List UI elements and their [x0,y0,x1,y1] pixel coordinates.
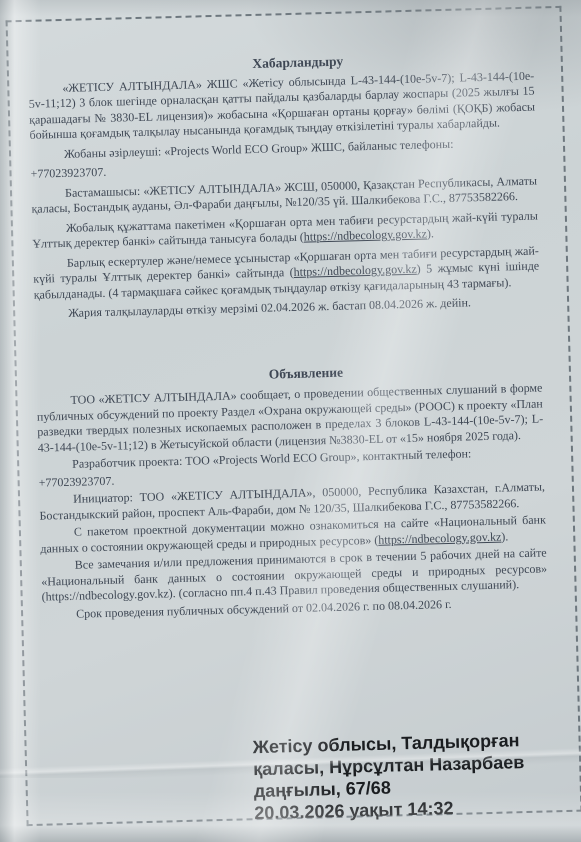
announcement-sheet: Хабарландыру «ЖЕТІСУ АЛТЫНДАЛА» ЖШС «Жет… [6,6,581,826]
ndbecology-url: https://ndbecology.gov.kz [293,262,416,279]
document-photo: Хабарландыру «ЖЕТІСУ АЛТЫНДАЛА» ЖШС «Жет… [0,0,581,842]
ru-paragraph-4-end: ). [501,529,508,543]
kk-paragraph-5: Барлық ескертулер және/немесе ұсыныстар … [33,243,540,303]
stamp-block: Жетісу облысы, Талдықорған қаласы, Нұрсұ… [252,728,576,824]
kk-section: Хабарландыру «ЖЕТІСУ АЛТЫНДАЛА» ЖШС «Жет… [28,49,541,323]
sheet-content: Хабарландыру «ЖЕТІСУ АЛТЫНДАЛА» ЖШС «Жет… [28,49,549,625]
ndbecology-url: https://ndbecology.gov.kz [378,529,501,546]
ru-section: Объявление ТОО «ЖЕТІСУ АЛТЫНДАЛА» сообща… [36,359,548,623]
kk-paragraph-1: «ЖЕТІСУ АЛТЫНДАЛА» ЖШС «Жетісу облысында… [28,68,535,143]
ndbecology-url: https://ndbecology.gov.kz [304,226,427,243]
kk-paragraph-4-end: ). [427,226,434,240]
ru-paragraph-1: ТОО «ЖЕТІСУ АЛТЫНДАЛА» сообщает, о прове… [36,380,543,455]
